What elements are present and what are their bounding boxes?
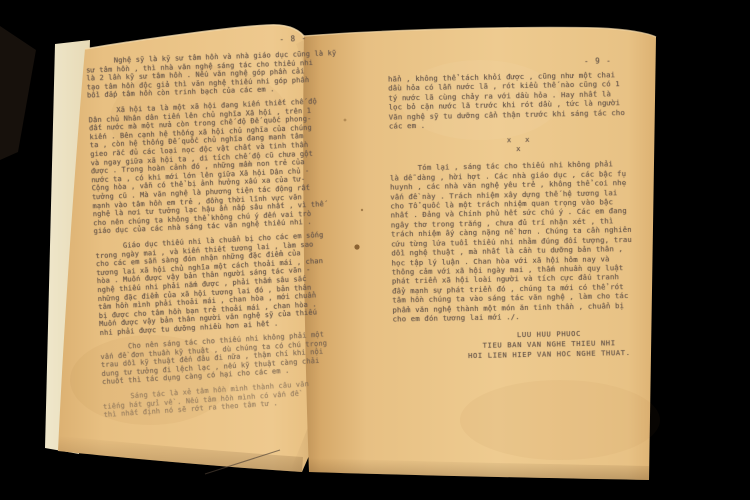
left-paragraph-2: Xã hội ta là một xã hội đang kiến thiết … <box>88 95 367 236</box>
photo-stage: - 8 - Nghệ sỹ là kỹ sư tâm hồn và nhà gi… <box>0 0 750 500</box>
left-paragraph-1: Nghệ sỹ là kỹ sư tâm hồn và nhà giáo dục… <box>86 48 361 100</box>
right-page-text: - 9 - hẳn , không thể tách khỏi được , c… <box>388 54 652 363</box>
paper-stain <box>460 380 660 460</box>
left-page-number: - 8 - <box>279 35 307 45</box>
left-paragraph-3: Giáo dục thiếu nhi là chuẩn bị cho các e… <box>95 228 374 337</box>
left-page-text: - 8 - Nghệ sỹ là kỹ sư tâm hồn và nhà gi… <box>85 30 377 427</box>
right-paragraph-2: Tóm lại , sáng tác cho thiếu nhi không p… <box>390 159 651 324</box>
right-paragraph-1: hẳn , không thể tách khỏi được , cũng nh… <box>388 70 647 131</box>
signature-block: LUU HUU PHUOC TIEU BAN VAN NGHE THIEU NH… <box>433 328 666 362</box>
right-page-number: - 9 - <box>584 56 612 66</box>
